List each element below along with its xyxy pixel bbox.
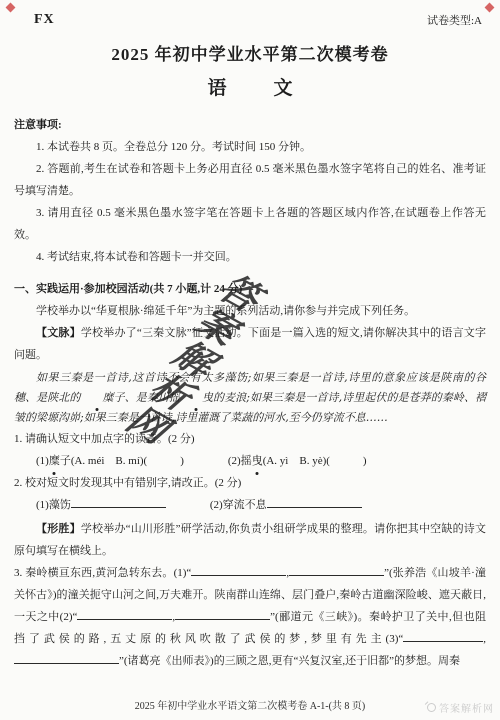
notice-item-4: 4. 考试结束,将本试卷和答题卡一并交回。 xyxy=(14,246,486,268)
answer-blank xyxy=(403,630,483,642)
watermark-logo-icon xyxy=(427,703,436,712)
exam-paper-page: FX 试卷类型:A 2025 年初中学业水平第二次模考卷 语 文 注意事项: 1… xyxy=(0,0,500,720)
xingsheng-paragraph: 【形胜】学校举办“山川形胜”研学活动,你负责小组研学成果的整理。请你把其中空缺的… xyxy=(14,518,486,562)
notice-item-2: 2. 答题前,考生在试卷和答题卡上务必用直径 0.5 毫米黑色墨水签字笔将自己的… xyxy=(14,158,486,202)
xingsheng-text: 学校举办“山川形胜”研学活动,你负责小组研学成果的整理。请你把其中空缺的诗文原句… xyxy=(14,523,486,557)
question-2-item-2: (2)穿流不息 xyxy=(210,494,362,516)
essay-text-2: 子、是秦川摇 xyxy=(113,391,180,404)
section-one-heading: 一、实践运用·参加校园活动(共 7 小题,计 24 分) xyxy=(14,278,486,300)
corner-watermark-text: 答案解析网 xyxy=(439,700,494,715)
notice-heading: 注意事项: xyxy=(14,114,486,136)
question-1-items: (1)糜子(A. méi B. mí)( ) (2)摇曳(A. yì B. yè… xyxy=(14,450,486,472)
answer-blank xyxy=(14,652,119,664)
paper-type-label: 试卷类型:A xyxy=(427,12,486,28)
answer-blank xyxy=(71,496,166,508)
q2-item1-label: (1)藻饬 xyxy=(36,499,71,511)
paper-title: 2025 年初中学业水平第二次模考卷 xyxy=(14,44,486,66)
q3-text-7: ”(诸葛亮《出师表》)的三顾之恩,更有“兴复汉室,还于旧都”的梦想。周秦 xyxy=(119,655,460,667)
answer-blank xyxy=(191,564,286,576)
wenmai-label: 【文脉】 xyxy=(36,327,81,339)
q1-item2-options: (A. yì B. yè)( ) xyxy=(263,455,367,467)
question-2-stem: 2. 校对短文时发现其中有错别字,请改正。(2 分) xyxy=(14,472,486,494)
subject-title: 语 文 xyxy=(14,78,486,100)
page-header: FX 试卷类型:A xyxy=(14,12,486,28)
question-1-item-1: (1)糜子(A. méi B. mí)( ) xyxy=(36,450,184,472)
q1-item2-number: (2) xyxy=(228,455,241,467)
section-one-intro: 学校举办以“华夏根脉·绵延千年”为主题的系列活动,请你参与并完成下列任务。 xyxy=(14,300,486,322)
q1-item1-number: (1) xyxy=(36,455,49,467)
wenmai-paragraph: 【文脉】学校举办了“三秦文脉”征文活动。下面是一篇入选的短文,请你解决其中的语言… xyxy=(14,322,486,366)
answer-blank xyxy=(289,564,384,576)
red-corner-mark-left xyxy=(6,3,16,13)
q1-item1-options: (A. méi B. mí)( ) xyxy=(71,455,184,467)
answer-blank xyxy=(267,496,362,508)
emphasized-char-ye: 曳 xyxy=(180,388,213,408)
corner-watermark: 答案解析网 xyxy=(427,700,494,715)
q1-item2-word-pre: 摇 xyxy=(241,455,252,467)
spacer xyxy=(184,450,228,472)
question-2-items: (1)藻饬 (2)穿流不息 xyxy=(14,494,486,516)
notice-item-1: 1. 本试卷共 8 页。全卷总分 120 分。考试时间 150 分钟。 xyxy=(14,136,486,158)
q3-text-1: 3. 秦岭横亘东西,黄河急转东去。(1)“ xyxy=(14,567,191,579)
notice-item-3: 3. 请用直径 0.5 毫米黑色墨水签字笔在答题卡上各题的答题区域内作答,在试题… xyxy=(14,202,486,246)
xingsheng-label: 【形胜】 xyxy=(36,523,81,535)
q1-item1-word-rest: 子 xyxy=(60,455,71,467)
q2-item2-label: (2)穿流不息 xyxy=(210,499,267,511)
question-1-stem: 1. 请确认短文中加点字的读音。(2 分) xyxy=(14,428,486,450)
answer-blank xyxy=(77,608,172,620)
question-2-item-1: (1)藻饬 xyxy=(36,494,166,516)
red-corner-mark-right xyxy=(485,3,495,13)
question-3-paragraph: 3. 秦岭横亘东西,黄河急转东去。(1)“,”(张养浩《山坡羊·潼关怀古》)的潼… xyxy=(14,562,486,672)
spacer xyxy=(166,494,210,516)
q1-item1-dotted-char: 糜 xyxy=(49,450,60,472)
essay-paragraph: 如果三秦是一首诗,这首诗不会有太多藻饬;如果三秦是一首诗,诗里的意象应该是陕南的… xyxy=(14,368,486,428)
question-1-item-2: (2)摇曳(A. yì B. yè)( ) xyxy=(228,450,367,472)
answer-blank xyxy=(175,608,270,620)
wenmai-text: 学校举办了“三秦文脉”征文活动。下面是一篇入选的短文,请你解决其中的语言文字问题… xyxy=(14,327,486,361)
q1-item2-dotted-char: 曳 xyxy=(252,450,263,472)
emphasized-char-mei: 糜 xyxy=(80,388,113,408)
q3-text-6: , xyxy=(483,633,486,645)
edition-code: FX xyxy=(14,12,55,28)
